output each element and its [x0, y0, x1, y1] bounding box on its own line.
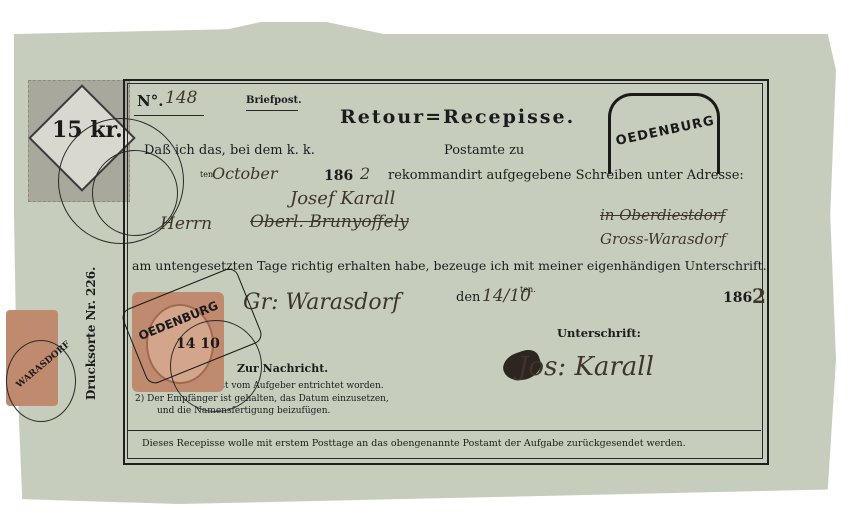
- address-correction: Gross-Warasdorf: [600, 230, 726, 248]
- address-struck-2: in Oberdiestdorf: [600, 206, 726, 224]
- signature-label: Unterschrift:: [557, 326, 641, 340]
- number-label: N°.: [137, 92, 163, 110]
- signature-hand: Jos: Karall: [518, 352, 654, 382]
- circular-cancel-stamp: [170, 320, 262, 412]
- body-line1-prefix: Daß ich das, bei dem k. k.: [144, 143, 315, 158]
- oedenburg-postmark-text: OEDENBURG: [615, 114, 714, 149]
- number-underline: [134, 115, 204, 116]
- notes-item-2b: und die Namensfertigung beizufügen.: [157, 406, 330, 416]
- den-label: den: [456, 290, 480, 305]
- recipient-name: Josef Karall: [290, 188, 395, 209]
- document-title: Retour=Recepisse.: [340, 106, 575, 128]
- address-struck-1: Oberl. Brunyoffely: [250, 212, 409, 232]
- month-hand: October: [212, 164, 278, 183]
- body-line2-suffix: rekommandirt aufgegebene Schreiben unter…: [388, 168, 744, 183]
- footer-instruction: Dieses Recepisse wolle mit erstem Postta…: [142, 438, 686, 449]
- address-prefix: Herrn: [160, 214, 212, 234]
- number-value: 148: [165, 88, 197, 108]
- place-hand: Gr: Warasdorf: [243, 290, 400, 315]
- body-line1-suffix: Postamte zu: [444, 143, 524, 158]
- briefpost-underline: [246, 110, 298, 111]
- footer-divider: [128, 430, 761, 431]
- notes-item-2: 2) Der Empfänger ist gehalten, das Datum…: [135, 394, 389, 404]
- ten-suffix: ten.: [520, 285, 536, 294]
- briefpost-label: Briefpost.: [246, 95, 302, 106]
- year-hand: 2: [360, 164, 370, 183]
- year-printed: 186: [324, 168, 353, 184]
- oedenburg-postmark: OEDENBURG: [608, 93, 720, 174]
- year2-hand: 2: [752, 284, 766, 308]
- year2-printed: 186: [723, 290, 752, 306]
- form-number-vertical: Drucksorte Nr. 226.: [84, 267, 98, 400]
